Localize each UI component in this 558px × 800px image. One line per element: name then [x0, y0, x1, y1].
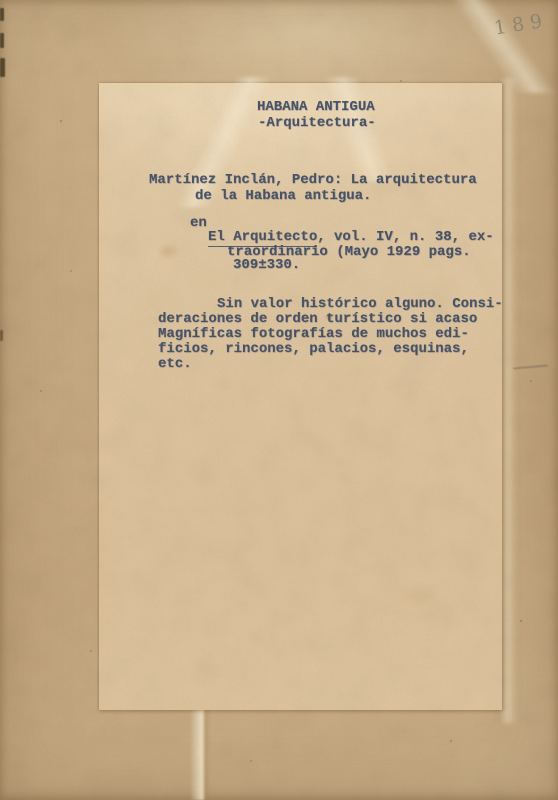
card-title-line1: HABANA ANTIGUA — [257, 100, 375, 115]
source-pages: 309±330. — [233, 258, 300, 273]
in-label: en — [190, 216, 207, 231]
pencil-mark — [513, 364, 548, 369]
pasted-note-sheet: HABANA ANTIGUA -Arquitectura- Martínez I… — [99, 83, 502, 710]
handwritten-page-number: 189 — [493, 8, 556, 39]
note-line2: deraciones de orden turístico si acaso — [158, 312, 477, 327]
note-line3: Magníficas fotografías de muchos edi- — [158, 327, 469, 342]
paper-stain — [157, 243, 179, 259]
paper-stain — [399, 583, 439, 609]
entry-author-line1: Martínez Inclán, Pedro: La arquitectura — [149, 173, 477, 188]
scan-edge-mark — [0, 58, 5, 77]
paper-specks — [60, 120, 62, 122]
note-line4: ficios, rincones, palacios, esquinas, — [158, 342, 469, 357]
card-title-line2: -Arquitectura- — [258, 116, 376, 131]
scan-edge-mark — [0, 33, 4, 48]
scanned-catalog-card-page: 189 HABANA ANTIGUA -Arquitectura- Martín… — [0, 0, 558, 800]
scan-edge-mark — [0, 8, 4, 21]
scan-edge-mark — [0, 330, 3, 341]
entry-author-line2: de la Habana antigua. — [195, 189, 371, 204]
source-line1-rest: , vol. IV, n. 38, ex- — [317, 229, 493, 245]
source-line1: El Arquitecto, vol. IV, n. 38, ex- — [208, 230, 494, 245]
note-line5: etc. — [158, 357, 192, 372]
note-line1: Sin valor histórico alguno. Consi- — [217, 297, 503, 312]
